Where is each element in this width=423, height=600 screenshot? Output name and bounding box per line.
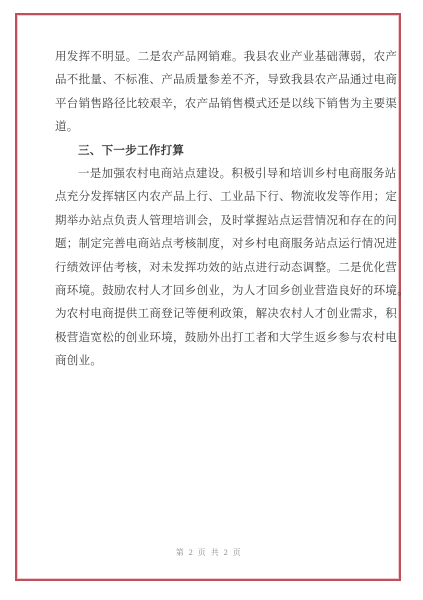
text-line: 品不批量、不标准、产品质量参差不齐，导致我县农产品通过电商	[55, 69, 377, 92]
text-line: 商环境。鼓励农村人才回乡创业，为人才回乡创业营造良好的环境。	[55, 280, 377, 303]
document-body: 用发挥不明显。二是农产品网销难。我县农业产业基础薄弱，农产品不批量、不标准、产品…	[55, 46, 377, 374]
section-heading: 三、下一步工作打算	[55, 140, 377, 163]
text-line: 商创业。	[55, 350, 377, 373]
screenshot-root: { "document": { "paragraph1_lines": [ "用…	[0, 0, 423, 600]
page-footer: 第 2 页 共 2 页	[15, 547, 403, 558]
text-line: 题；制定完善电商站点考核制度，对乡村电商服务站点运行情况进	[55, 233, 377, 256]
paragraph-continuation: 用发挥不明显。二是农产品网销难。我县农业产业基础薄弱，农产品不批量、不标准、产品…	[55, 46, 377, 140]
text-line: 一是加强农村电商站点建设。积极引导和培训乡村电商服务站	[55, 163, 377, 186]
text-line: 行绩效评估考核，对未发挥功效的站点进行动态调整。二是优化营	[55, 257, 377, 280]
text-line: 平台销售路径比较艰辛，农产品销售模式还是以线下销售为主要渠	[55, 93, 377, 116]
text-line: 用发挥不明显。二是农产品网销难。我县农业产业基础薄弱，农产	[55, 46, 377, 69]
paragraph-next-steps: 一是加强农村电商站点建设。积极引导和培训乡村电商服务站点充分发挥辖区内农产品上行…	[55, 163, 377, 374]
text-line: 为农村电商提供工商登记等便利政策，解决农村人才创业需求，积	[55, 303, 377, 326]
text-line: 道。	[55, 116, 377, 139]
text-line: 点充分发挥辖区内农产品上行、工业品下行、物流收发等作用；定	[55, 186, 377, 209]
text-line: 期举办站点负责人管理培训会，及时掌握站点运营情况和存在的问	[55, 210, 377, 233]
text-line: 极营造宽松的创业环境，鼓励外出打工者和大学生返乡参与农村电	[55, 327, 377, 350]
